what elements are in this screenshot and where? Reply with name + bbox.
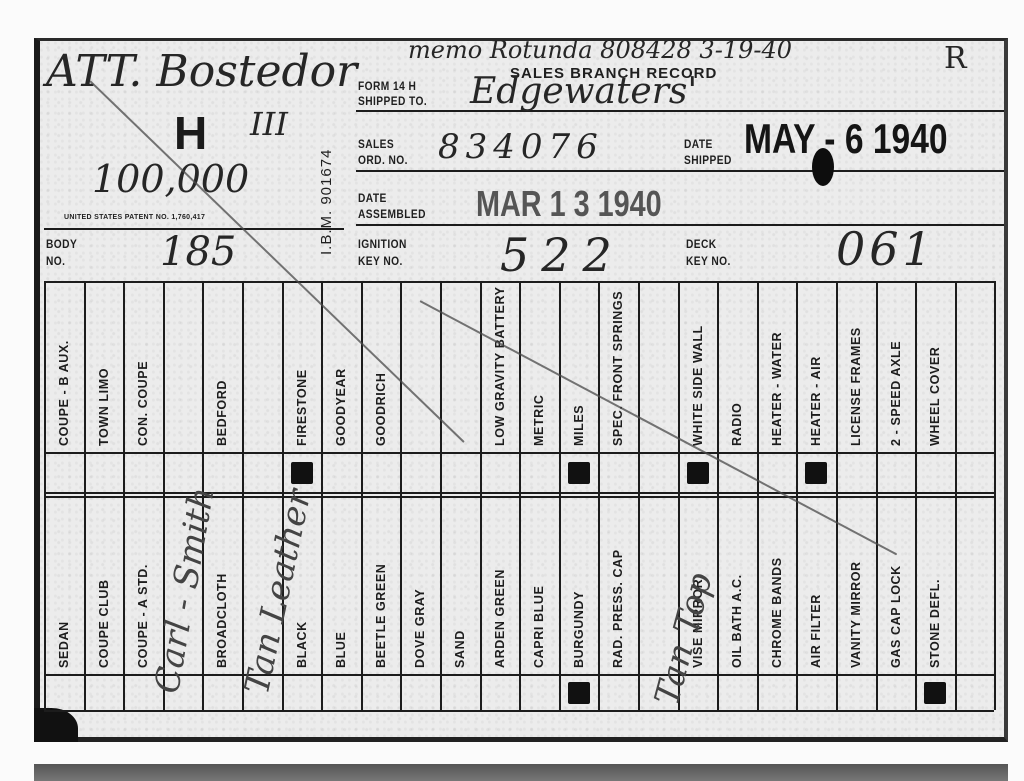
option-bottom-sand: SAND xyxy=(453,498,467,668)
ignition-key-number: 522 xyxy=(500,232,624,278)
patent-text: UNITED STATES PATENT NO. 1,760,417 xyxy=(64,214,205,221)
option-top-heater-water: HEATER - WATER xyxy=(770,276,784,446)
option-bottom-rad-press-cap: RAD. PRESS. CAP xyxy=(611,498,625,668)
handwritten-attention: ATT. Bostedor xyxy=(46,50,357,94)
shipped-to-label: SHIPPED TO. xyxy=(358,95,427,107)
option-top-heater-air: HEATER - AIR xyxy=(809,276,823,446)
option-bottom-beetle-green: BEETLE GREEN xyxy=(374,498,388,668)
option-bottom-vanity-mirror: VANITY MIRROR xyxy=(849,498,863,668)
rule-sales-order xyxy=(356,170,1004,172)
grid-row-line xyxy=(44,452,994,454)
deck-key-label-2: KEY NO. xyxy=(686,255,731,267)
option-bottom-arden-green: ARDEN GREEN xyxy=(493,498,507,668)
next-card-edge xyxy=(34,764,1008,781)
date-assembled-label-2: ASSEMBLED xyxy=(358,208,426,220)
date-shipped-stamp: MAY - 6 1940 xyxy=(744,118,948,160)
handwritten-number: 100,000 xyxy=(92,160,249,198)
option-top-firestone: FIRESTONE xyxy=(295,276,309,446)
deck-key-label-1: DECK xyxy=(686,238,717,250)
ibm-number: I.B.M. 901674 xyxy=(318,149,335,255)
option-bottom-oil-bath-a-c: OIL BATH A.C. xyxy=(730,498,744,668)
option-bottom-coupe-club: COUPE CLUB xyxy=(97,498,111,668)
option-top-bedford: BEDFORD xyxy=(215,276,229,446)
sales-order-label-1: SALES xyxy=(358,138,394,150)
shipped-to-value: Edgewaters' xyxy=(470,74,697,110)
punch-mark xyxy=(568,682,590,704)
option-bottom-sedan: SEDAN xyxy=(57,498,71,668)
option-top-goodyear: GOODYEAR xyxy=(334,276,348,446)
sales-order-number: 834076 xyxy=(438,130,604,164)
ignition-key-label-1: IGNITION xyxy=(358,238,407,250)
option-top-con-coupe: CON. COUPE xyxy=(136,276,150,446)
date-assembled-stamp: MAR 1 3 1940 xyxy=(476,186,662,222)
option-bottom-burgundy: BURGUNDY xyxy=(572,498,586,668)
body-number: 185 xyxy=(160,232,236,272)
corner-mark: R xyxy=(944,44,967,74)
option-bottom-gas-cap-lock: GAS CAP LOCK xyxy=(889,498,903,668)
option-bottom-stone-defl: STONE DEFL. xyxy=(928,498,942,668)
option-top-spec-front-springs: SPEC. FRONT SPRINGS xyxy=(611,276,625,446)
series-letter: H xyxy=(174,106,207,160)
option-top-miles: MILES xyxy=(572,276,586,446)
date-shipped-label-2: SHIPPED xyxy=(684,154,732,166)
option-bottom-broadcloth: BROADCLOTH xyxy=(215,498,229,668)
option-top-wheel-cover: WHEEL COVER xyxy=(928,276,942,446)
grid-column-line xyxy=(994,282,996,710)
option-top-low-gravity-battery: LOW GRAVITY BATTERY xyxy=(493,276,507,446)
ignition-key-label-2: KEY NO. xyxy=(358,255,403,267)
punch-mark xyxy=(568,462,590,484)
sales-order-label-2: ORD. NO. xyxy=(358,154,408,166)
ink-blot xyxy=(812,148,834,186)
option-bottom-dove-gray: DOVE GRAY xyxy=(413,498,427,668)
handwritten-memo: memo Rotunda 808428 3-19-40 xyxy=(408,38,792,62)
punch-mark xyxy=(687,462,709,484)
option-top-town-limo: TOWN LIMO xyxy=(97,276,111,446)
option-bottom-chrome-bands: CHROME BANDS xyxy=(770,498,784,668)
option-bottom-coupe-a-std: COUPE - A STD. xyxy=(136,498,150,668)
body-label-2: NO. xyxy=(46,255,65,267)
date-shipped-label-1: DATE xyxy=(684,138,713,150)
date-assembled-label-1: DATE xyxy=(358,192,387,204)
option-top-coupe-b-aux: COUPE - B AUX. xyxy=(57,276,71,446)
punch-mark xyxy=(805,462,827,484)
body-label-1: BODY xyxy=(46,238,77,250)
punch-mark xyxy=(291,462,313,484)
punch-mark xyxy=(924,682,946,704)
option-bottom-blue: BLUE xyxy=(334,498,348,668)
option-top-license-frames: LICENSE FRAMES xyxy=(849,276,863,446)
option-top-2-speed-axle: 2 - SPEED AXLE xyxy=(889,276,903,446)
option-top-white-side-wall: WHITE SIDE WALL xyxy=(691,276,705,446)
option-bottom-capri-blue: CAPRI BLUE xyxy=(532,498,546,668)
grid-row-line xyxy=(44,710,994,712)
option-top-radio: RADIO xyxy=(730,276,744,446)
deck-key-number: 061 xyxy=(836,226,936,272)
handwritten-tally: III xyxy=(250,108,288,140)
form-number: FORM 14 H xyxy=(358,80,416,92)
option-bottom-air-filter: AIR FILTER xyxy=(809,498,823,668)
